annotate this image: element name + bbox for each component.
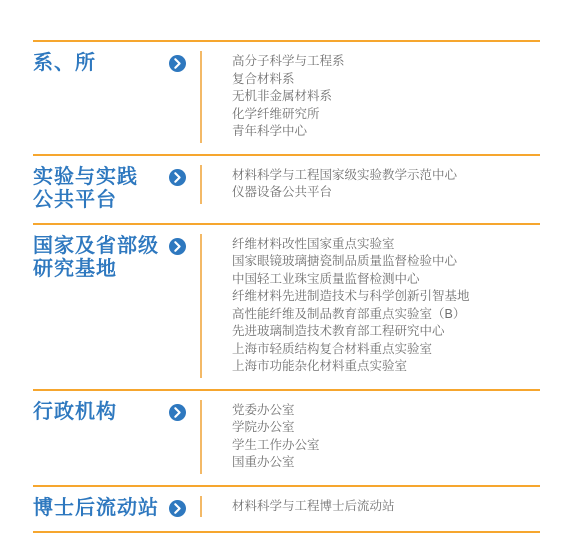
- chevron-right-circle-icon[interactable]: [169, 500, 186, 517]
- section-item-list: 党委办公室学院办公室学生工作办公室国重办公室: [200, 400, 320, 474]
- section-title[interactable]: 博士后流动站: [33, 497, 159, 520]
- section-title[interactable]: 行政机构: [33, 401, 117, 424]
- org-section: 国家及省部级研究基地 纤维材料改性国家重点实验室国家眼镜玻璃搪瓷制品质量监督检验…: [33, 223, 540, 389]
- org-section: 博士后流动站 材料科学与工程博士后流动站: [33, 485, 540, 531]
- org-list-item[interactable]: 高分子科学与工程系: [232, 53, 345, 71]
- section-heading[interactable]: 博士后流动站: [33, 496, 200, 520]
- chevron-right-circle-icon[interactable]: [169, 404, 186, 421]
- org-list-item[interactable]: 上海市轻质结构复合材料重点实验室: [232, 341, 470, 359]
- org-list-item[interactable]: 材料科学与工程国家级实验教学示范中心: [232, 167, 457, 185]
- org-list-item[interactable]: 上海市功能杂化材料重点实验室: [232, 358, 470, 376]
- org-list-item[interactable]: 中国轻工业珠宝质量监督检测中心: [232, 271, 470, 289]
- org-section: 实验与实践公共平台 材料科学与工程国家级实验教学示范中心仪器设备公共平台: [33, 154, 540, 223]
- section-title[interactable]: 系、所: [33, 52, 96, 75]
- section-item-list: 高分子科学与工程系复合材料系无机非金属材料系化学纤维研究所青年科学中心: [200, 51, 345, 143]
- org-list-item[interactable]: 纤维材料改性国家重点实验室: [232, 236, 470, 254]
- section-title[interactable]: 国家及省部级研究基地: [33, 235, 159, 281]
- section-title-line: 公共平台: [33, 189, 138, 212]
- org-list-item[interactable]: 高性能纤维及制品教育部重点实验室（B）: [232, 306, 470, 324]
- org-list-item[interactable]: 党委办公室: [232, 402, 320, 420]
- section-heading[interactable]: 系、所: [33, 51, 200, 75]
- section-heading[interactable]: 国家及省部级研究基地: [33, 234, 200, 281]
- org-list-item[interactable]: 国重办公室: [232, 454, 320, 472]
- chevron-right-circle-icon[interactable]: [169, 169, 186, 186]
- section-item-list: 纤维材料改性国家重点实验室国家眼镜玻璃搪瓷制品质量监督检验中心中国轻工业珠宝质量…: [200, 234, 470, 378]
- org-list-item[interactable]: 先进玻璃制造技术教育部工程研究中心: [232, 323, 470, 341]
- org-section: 行政机构 党委办公室学院办公室学生工作办公室国重办公室: [33, 389, 540, 485]
- org-section: 系、所 高分子科学与工程系复合材料系无机非金属材料系化学纤维研究所青年科学中心: [33, 40, 540, 154]
- section-item-list: 材料科学与工程国家级实验教学示范中心仪器设备公共平台: [200, 165, 457, 204]
- section-item-list: 材料科学与工程博士后流动站: [200, 496, 395, 518]
- org-list-item[interactable]: 化学纤维研究所: [232, 106, 345, 124]
- org-list-item[interactable]: 仪器设备公共平台: [232, 184, 457, 202]
- org-list-item[interactable]: 无机非金属材料系: [232, 88, 345, 106]
- section-heading[interactable]: 实验与实践公共平台: [33, 165, 200, 212]
- section-title-line: 博士后流动站: [33, 497, 159, 520]
- section-heading[interactable]: 行政机构: [33, 400, 200, 424]
- org-list-item[interactable]: 材料科学与工程博士后流动站: [232, 498, 395, 516]
- chevron-right-circle-icon[interactable]: [169, 238, 186, 255]
- org-structure-panel: 系、所 高分子科学与工程系复合材料系无机非金属材料系化学纤维研究所青年科学中心 …: [33, 40, 540, 533]
- section-title-line: 研究基地: [33, 258, 159, 281]
- org-list-item[interactable]: 复合材料系: [232, 71, 345, 89]
- org-list-item[interactable]: 纤维材料先进制造技术与科学创新引智基地: [232, 288, 470, 306]
- section-title-line: 国家及省部级: [33, 235, 159, 258]
- section-title-line: 实验与实践: [33, 166, 138, 189]
- org-list-item[interactable]: 国家眼镜玻璃搪瓷制品质量监督检验中心: [232, 253, 470, 271]
- section-title[interactable]: 实验与实践公共平台: [33, 166, 138, 212]
- section-title-line: 行政机构: [33, 401, 117, 424]
- chevron-right-circle-icon[interactable]: [169, 55, 186, 72]
- org-list-item[interactable]: 青年科学中心: [232, 123, 345, 141]
- section-title-line: 系、所: [33, 52, 96, 75]
- org-list-item[interactable]: 学院办公室: [232, 419, 320, 437]
- org-list-item[interactable]: 学生工作办公室: [232, 437, 320, 455]
